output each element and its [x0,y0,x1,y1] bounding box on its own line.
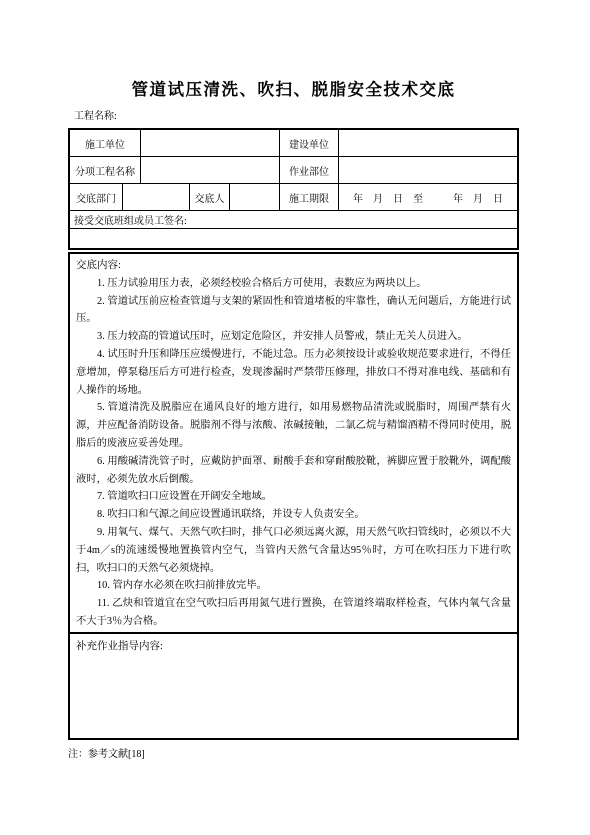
main-content-box: 交底内容: 1. 压力试验用压力表，必须经校验合格后方可使用，表数应为两块以上。… [68,252,519,740]
disclosure-item-6: 6. 用酸碱清洗管子时，应戴防护面罩、耐酸手套和穿耐酸胶靴，裤脚应置于胶靴外，调… [76,453,511,489]
disclosure-item-7: 7. 管道吹扫口应设置在开阔安全地域。 [76,488,511,506]
disclosure-item-11: 11. 乙炔和管道宜在空气吹扫后再用氮气进行置换，在管道终端取样检查，气体内氧气… [76,595,511,631]
discloser-value [230,184,280,210]
project-name-label: 工程名称: [74,107,117,122]
work-part-value [339,157,517,183]
supplement-heading: 补充作业指导内容: [76,638,511,653]
disclosure-content-section: 交底内容: 1. 压力试验用压力表，必须经校验合格后方可使用，表数应为两块以上。… [70,254,517,634]
disclosure-item-9: 9. 用氧气、煤气、天然气吹扫时，排气口必须远离火源，用天然气吹扫管线时，必须以… [76,524,511,577]
construction-period-label: 施工期限 [280,184,339,210]
info-table: 施工单位 建设单位 分项工程名称 作业部位 交底部门 交底人 施工期限 年 月 … [68,128,519,250]
document-page: 管道试压清洗、吹扫、脱脂安全技术交底 工程名称: 施工单位 建设单位 分项工程名… [0,0,590,835]
disclosure-item-3: 3. 压力较高的管道试压时，应划定危险区，并安排人员警戒，禁止无关人员进入。 [76,328,511,346]
signature-value [70,229,517,248]
owner-unit-label: 建设单位 [280,130,339,156]
disclosure-item-4: 4. 试压时升压和降压应缓慢进行，不能过急。压力必须按设计或验收规范要求进行，不… [76,346,511,399]
owner-unit-value [339,130,517,156]
info-row-units: 施工单位 建设单位 [70,130,517,157]
document-title: 管道试压清洗、吹扫、脱脂安全技术交底 [68,76,519,100]
disclosure-item-10: 10. 管内存水必须在吹扫前排放完毕。 [76,577,511,595]
disclosure-item-5: 5. 管道清洗及脱脂应在通风良好的地方进行，如用易燃物品清洗或脱脂时，周围严禁有… [76,399,511,452]
reference-note: 注：参考文献[18] [68,745,145,760]
info-row-disclosure: 交底部门 交底人 施工期限 年 月 日 至 年 月 日 [70,184,517,211]
disclosure-dept-value [123,184,190,210]
construction-unit-value [141,130,280,156]
disclosure-item-1: 1. 压力试验用压力表，必须经校验合格后方可使用，表数应为两块以上。 [76,275,511,293]
supplement-section: 补充作业指导内容: [70,634,517,657]
construction-unit-label: 施工单位 [70,130,141,156]
disclosure-item-8: 8. 吹扫口和气源之间应设置通讯联络，并设专人负责安全。 [76,506,511,524]
info-row-project: 分项工程名称 作业部位 [70,157,517,184]
info-row-signature-label: 接受交底班组或员工签名: [70,211,517,229]
construction-period-value: 年 月 日 至 年 月 日 [339,184,517,210]
disclosure-heading: 交底内容: [76,257,511,275]
sub-project-value [141,157,280,183]
signature-area [70,229,517,248]
disclosure-dept-label: 交底部门 [70,184,123,210]
sub-project-label: 分项工程名称 [70,157,141,183]
work-part-label: 作业部位 [280,157,339,183]
signature-label: 接受交底班组或员工签名: [70,211,517,228]
discloser-label: 交底人 [190,184,230,210]
disclosure-item-2: 2. 管道试压前应检查管道与支架的紧固性和管道堵板的牢靠性，确认无问题后，方能进… [76,293,511,329]
